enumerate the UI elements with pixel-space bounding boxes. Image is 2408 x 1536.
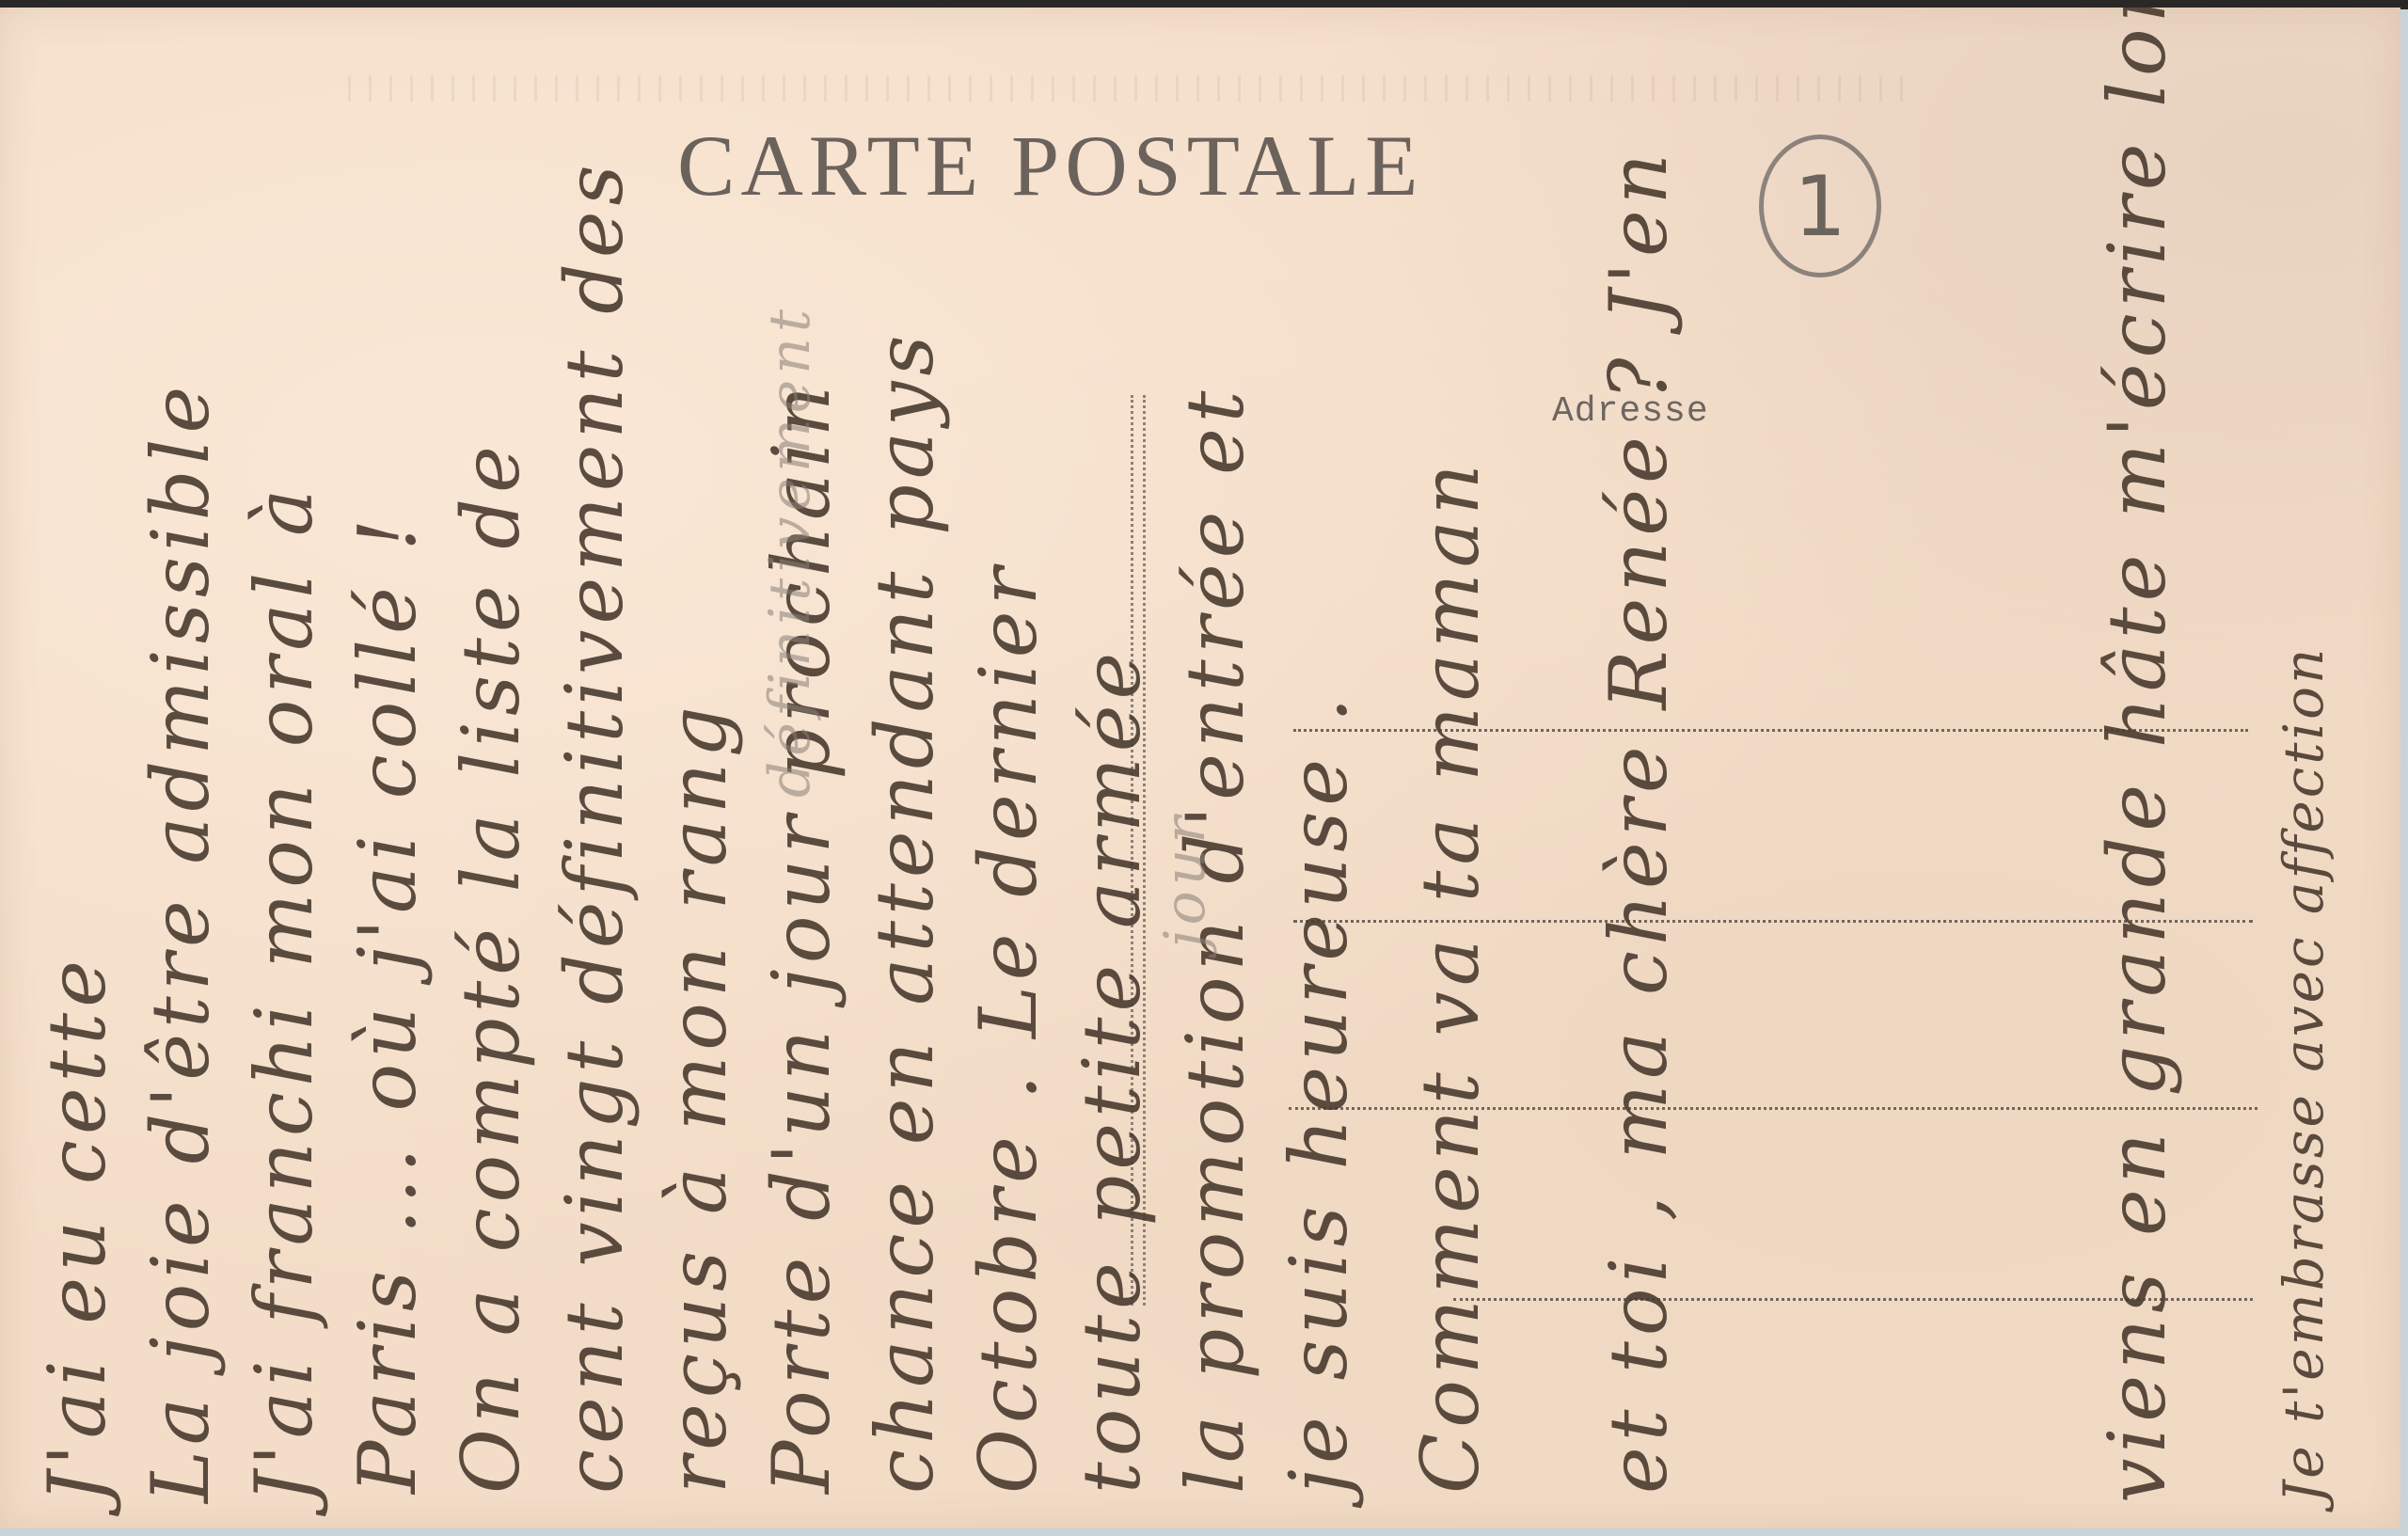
message-line: Octobre . Le dernier [969,562,1048,1494]
message-line: La joie d'être admissible [141,381,220,1503]
message-line: J'ai eu cette [38,955,117,1503]
message-line: Je t'embrasse avec affection [2276,646,2331,1503]
message-line: On a compté la liste de [451,440,531,1494]
pencil-note: définitivement [762,304,818,798]
handwritten-message: J'ai eu cette La joie d'être admissible … [0,8,2400,1528]
message-line: chance en attendant pays [865,329,944,1494]
message-line: Comment va ta maman [1411,458,1490,1494]
pencil-note: jour [1157,811,1213,948]
message-line: J'ai franchi mon oral à [245,483,324,1503]
message-line: toute petite armée [1072,647,1151,1494]
message-line: viens en grande hâte m'écrire longuement [2098,8,2177,1503]
message-line: et toi , ma chère Renée ? J'en [1599,148,1678,1494]
message-line: je suis heureuse . [1279,692,1358,1494]
postcard: CARTE POSTALE 1 Adresse J'ai eu cette La… [0,8,2400,1528]
message-line: cent vingt définitivement des [555,159,634,1494]
message-line: reçus à mon rang [658,701,737,1494]
message-line: Paris ... où j'ai collé ! [348,514,427,1494]
